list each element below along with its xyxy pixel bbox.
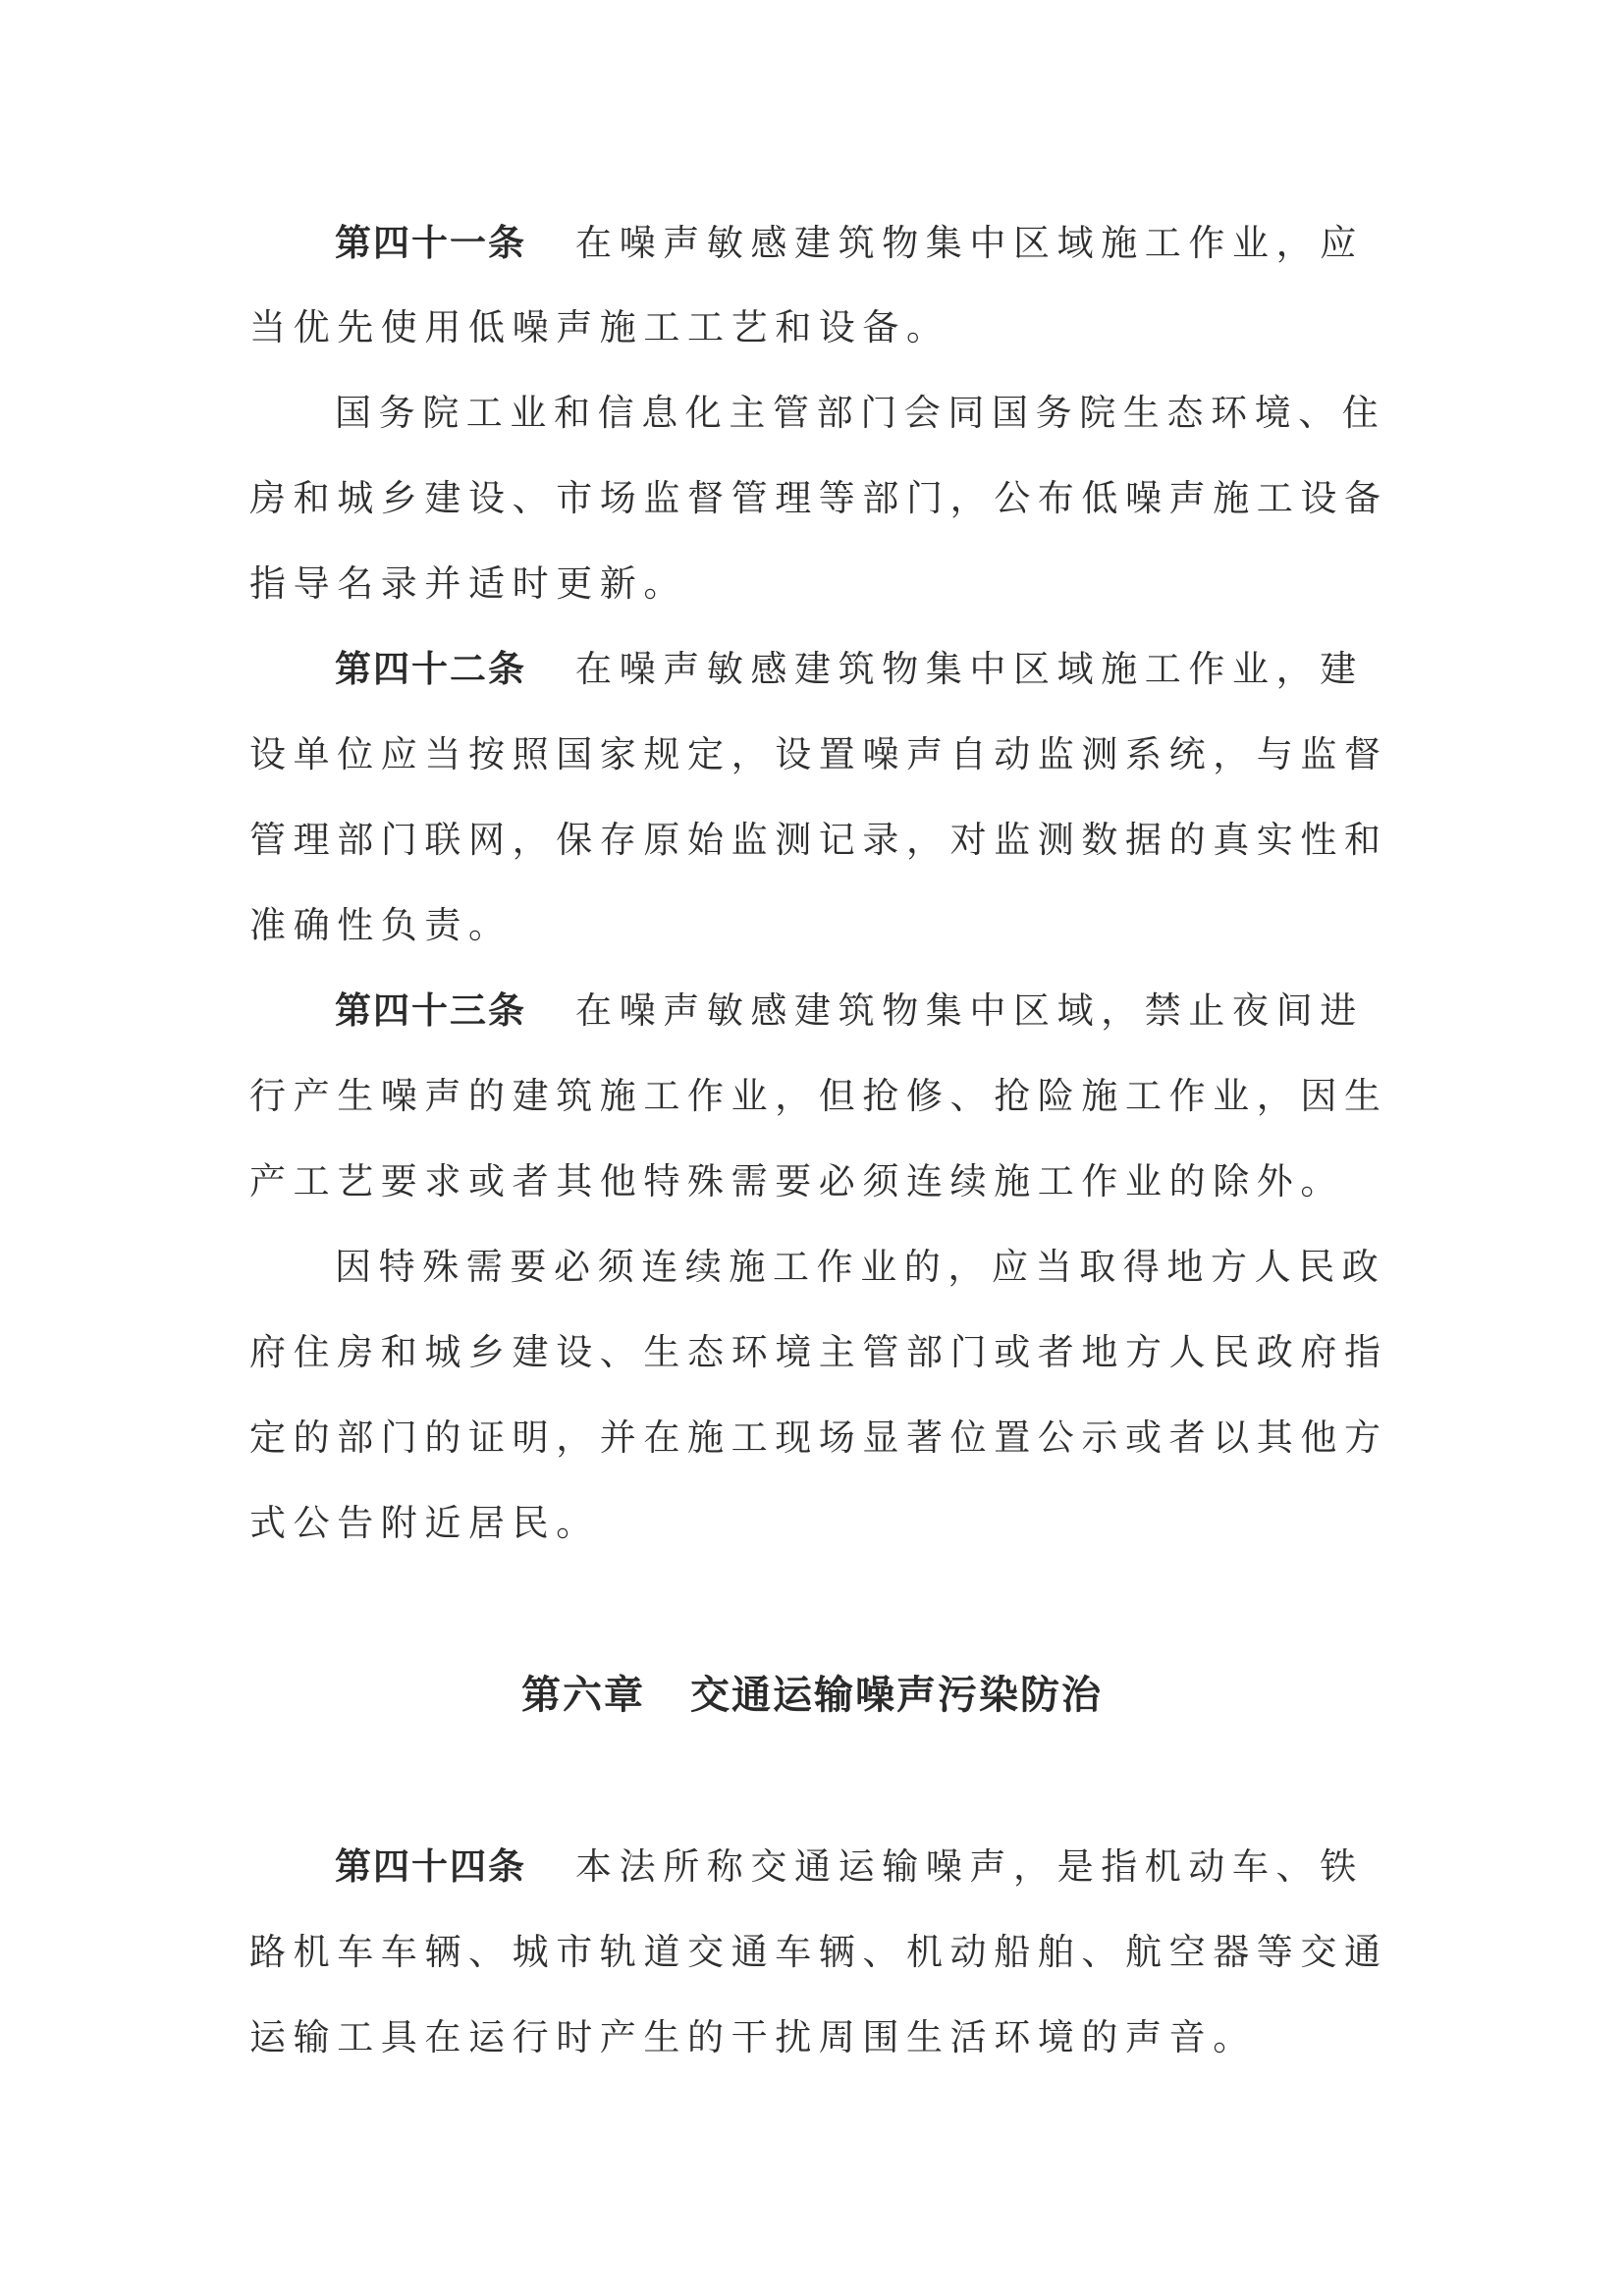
article-43-line-2: 行产生噪声的建筑施工作业，但抢修、抢险施工作业，因生 (249, 1053, 1388, 1139)
article-42-line-3: 管理部门联网，保存原始监测记录，对监测数据的真实性和 (249, 797, 1388, 882)
article-42-line-2: 设单位应当按照国家规定，设置噪声自动监测系统，与监督 (249, 712, 1388, 797)
article-41-line-2: 当优先使用低噪声施工工艺和设备。 (249, 285, 950, 370)
article-43-para2-line-4: 式公告附近居民。 (249, 1480, 600, 1566)
article-42-line-4: 准确性负责。 (249, 882, 513, 968)
article-43-line-3: 产工艺要求或者其他特殊需要必须连续施工作业的除外。 (249, 1139, 1344, 1224)
chapter-number: 第六章 (521, 1673, 645, 1718)
chapter-heading: 第六章交通运输噪声污染防治 (0, 1653, 1624, 1738)
article-41-para2-line-1: 国务院工业和信息化主管部门会同国务院生态环境、住 (335, 370, 1385, 455)
article-41-para2-line-3: 指导名录并适时更新。 (249, 541, 687, 626)
article-43-para2-line-2: 府住房和城乡建设、生态环境主管部门或者地方人民政府指 (249, 1309, 1388, 1395)
article-43-number: 第四十三条 (335, 989, 526, 1032)
article-44-line-2: 路机车车辆、城市轨道交通车辆、机动船舶、航空器等交通 (249, 1909, 1388, 1995)
article-44-text: 本法所称交通运输噪声，是指机动车、铁 (575, 1845, 1364, 1888)
article-43-text: 在噪声敏感建筑物集中区域，禁止夜间进 (575, 989, 1364, 1032)
article-43-line-1: 第四十三条在噪声敏感建筑物集中区域，禁止夜间进 (335, 968, 1364, 1053)
article-41-line-1: 第四十一条在噪声敏感建筑物集中区域施工作业，应 (335, 200, 1364, 286)
article-44-number: 第四十四条 (335, 1845, 526, 1888)
chapter-title: 交通运输噪声污染防治 (690, 1673, 1103, 1718)
article-43-para2-line-3: 定的部门的证明，并在施工现场显著位置公示或者以其他方 (249, 1395, 1388, 1480)
article-41-para2-line-2: 房和城乡建设、市场监督管理等部门，公布低噪声施工设备 (249, 455, 1388, 541)
article-41-number: 第四十一条 (335, 222, 526, 264)
article-42-number: 第四十二条 (335, 648, 526, 690)
article-44-line-3: 运输工具在运行时产生的干扰周围生活环境的声音。 (249, 1995, 1257, 2080)
document-page: 第四十一条在噪声敏感建筑物集中区域施工作业，应 当优先使用低噪声施工工艺和设备。… (0, 0, 1624, 2296)
article-43-para2-line-1: 因特殊需要必须连续施工作业的，应当取得地方人民政 (335, 1224, 1385, 1309)
article-41-text: 在噪声敏感建筑物集中区域施工作业，应 (575, 222, 1364, 264)
article-42-text: 在噪声敏感建筑物集中区域施工作业，建 (575, 648, 1364, 690)
article-44-line-1: 第四十四条本法所称交通运输噪声，是指机动车、铁 (335, 1824, 1364, 1909)
article-42-line-1: 第四十二条在噪声敏感建筑物集中区域施工作业，建 (335, 626, 1364, 712)
